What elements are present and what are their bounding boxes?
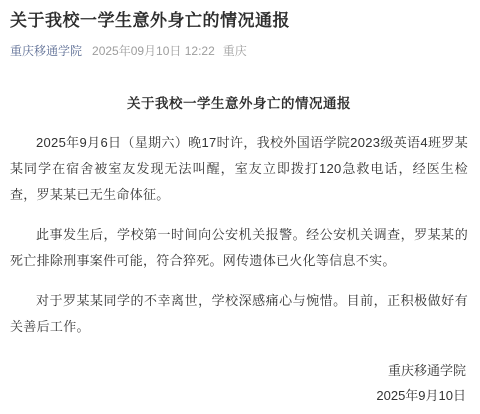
publish-location: 重庆 — [223, 44, 247, 58]
weibo-article-page: 关于我校一学生意外身亡的情况通报 重庆移通学院 2025年09月10日 12:2… — [0, 0, 480, 414]
author-link[interactable]: 重庆移通学院 — [10, 44, 82, 58]
page-title: 关于我校一学生意外身亡的情况通报 — [10, 10, 468, 32]
article-body: 关于我校一学生意外身亡的情况通报 2025年9月6日（星期六）晚17时许，我校外… — [10, 92, 468, 408]
article-meta: 重庆移通学院 2025年09月10日 12:22 重庆 — [10, 44, 468, 58]
article-title: 关于我校一学生意外身亡的情况通报 — [10, 92, 468, 112]
article-paragraph-2: 此事发生后，学校第一时间向公安机关报警。经公安机关调查，罗某某的死亡排除刑事案件… — [10, 222, 468, 274]
signature-date: 2025年9月10日 — [10, 383, 466, 408]
article-paragraph-1: 2025年9月6日（星期六）晚17时许，我校外国语学院2023级英语4班罗某某同… — [10, 130, 468, 208]
signature-block: 重庆移通学院 2025年9月10日 — [10, 358, 468, 408]
signature-name: 重庆移通学院 — [10, 358, 466, 383]
publish-timestamp: 2025年09月10日 12:22 — [92, 44, 215, 58]
article-paragraph-3: 对于罗某某同学的不幸离世，学校深感痛心与惋惜。目前，正积极做好有关善后工作。 — [10, 288, 468, 340]
